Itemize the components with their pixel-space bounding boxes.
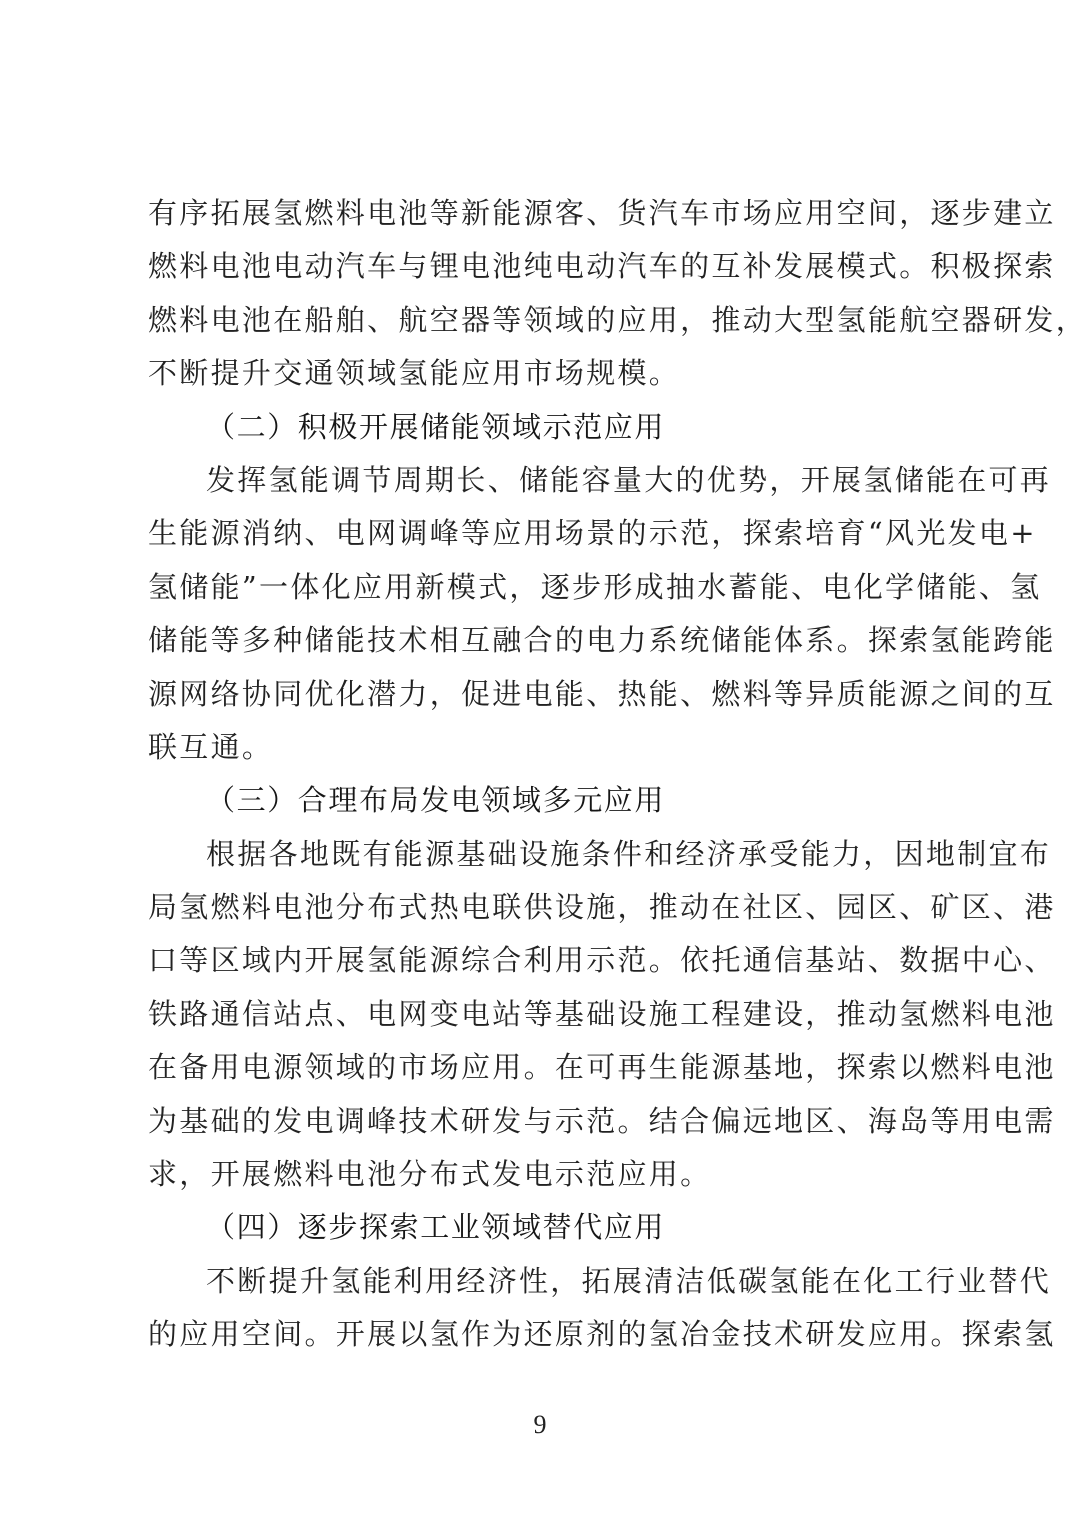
paragraph-line: 生能源消纳、电网调峰等应用场景的示范，探索培育“风光发电+ bbox=[148, 507, 938, 560]
paragraph-line: 燃料电池电动汽车与锂电池纯电动汽车的互补发展模式。积极探索 bbox=[148, 240, 938, 293]
document-page: 有序拓展氢燃料电池等新能源客、货汽车市场应用空间，逐步建立 燃料电池电动汽车与锂… bbox=[0, 0, 1080, 1527]
paragraph-line: 不断提升交通领域氢能应用市场规模。 bbox=[148, 347, 938, 400]
paragraph-line: 联互通。 bbox=[148, 721, 938, 774]
paragraph-line: 局氢燃料电池分布式热电联供设施，推动在社区、园区、矿区、港 bbox=[148, 881, 938, 934]
paragraph-line: 发挥氢能调节周期长、储能容量大的优势，开展氢储能在可再 bbox=[148, 454, 938, 507]
paragraph-line: 铁路通信站点、电网变电站等基础设施工程建设，推动氢燃料电池 bbox=[148, 988, 938, 1041]
paragraph-line: 不断提升氢能利用经济性，拓展清洁低碳氢能在化工行业替代 bbox=[148, 1255, 938, 1308]
paragraph-line: 储能等多种储能技术相互融合的电力系统储能体系。探索氢能跨能 bbox=[148, 614, 938, 667]
paragraph-line: 为基础的发电调峰技术研发与示范。结合偏远地区、海岛等用电需 bbox=[148, 1095, 938, 1148]
paragraph-line: 根据各地既有能源基础设施条件和经济承受能力，因地制宜布 bbox=[148, 828, 938, 881]
paragraph-line: 源网络协同优化潜力，促进电能、热能、燃料等异质能源之间的互 bbox=[148, 668, 938, 721]
section-heading-3: （三）合理布局发电领域多元应用 bbox=[148, 774, 938, 827]
page-number: 9 bbox=[0, 1410, 1080, 1440]
paragraph-line: 氢储能”一体化应用新模式，逐步形成抽水蓄能、电化学储能、氢 bbox=[148, 561, 938, 614]
paragraph-line: 口等区域内开展氢能源综合利用示范。依托通信基站、数据中心、 bbox=[148, 934, 938, 987]
paragraph-line: 有序拓展氢燃料电池等新能源客、货汽车市场应用空间，逐步建立 bbox=[148, 187, 938, 240]
section-heading-4: （四）逐步探索工业领域替代应用 bbox=[148, 1201, 938, 1254]
paragraph-line: 在备用电源领域的市场应用。在可再生能源基地，探索以燃料电池 bbox=[148, 1041, 938, 1094]
paragraph-line: 求，开展燃料电池分布式发电示范应用。 bbox=[148, 1148, 938, 1201]
paragraph-line: 的应用空间。开展以氢作为还原剂的氢冶金技术研发应用。探索氢 bbox=[148, 1308, 938, 1361]
paragraph-line: 燃料电池在船舶、航空器等领域的应用，推动大型氢能航空器研发， bbox=[148, 294, 938, 347]
document-body: 有序拓展氢燃料电池等新能源客、货汽车市场应用空间，逐步建立 燃料电池电动汽车与锂… bbox=[148, 187, 938, 1362]
section-heading-2: （二）积极开展储能领域示范应用 bbox=[148, 401, 938, 454]
